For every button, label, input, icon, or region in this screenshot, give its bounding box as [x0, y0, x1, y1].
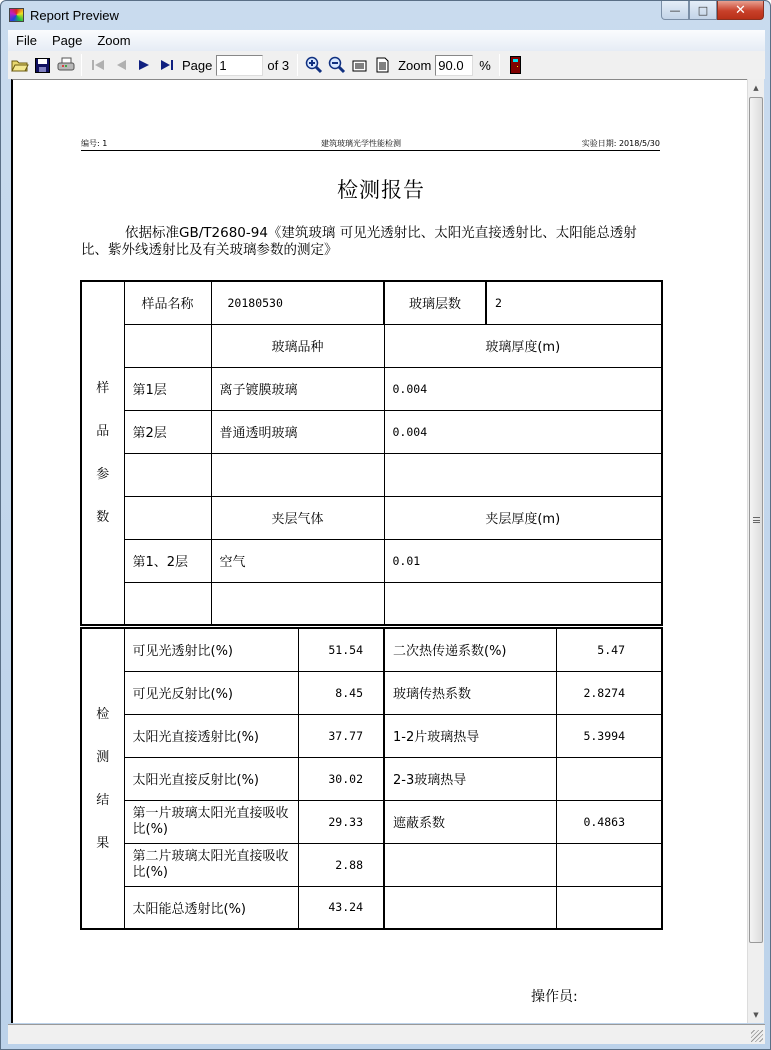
result-row: 第一片玻璃太阳光直接吸收比(%) 29.33 遮蔽系数 0.4863 [81, 800, 662, 843]
section-char: 数 [82, 496, 124, 539]
menu-bar: File Page Zoom [8, 30, 765, 51]
result-value [556, 843, 662, 886]
sample-name-value: 20180530 [211, 281, 384, 324]
layer-thickness: 0.004 [384, 410, 662, 453]
gap-name: 第1、2层 [124, 539, 211, 582]
result-value: 2.8274 [556, 671, 662, 714]
result-section-label: 检 测 结 果 [81, 628, 124, 929]
result-value: 29.33 [298, 800, 384, 843]
exit-button[interactable] [504, 54, 527, 76]
result-label: 太阳光直接透射比(%) [124, 714, 298, 757]
page-width-icon [352, 58, 368, 72]
glass-thickness-header: 玻璃厚度(m) [384, 324, 662, 367]
result-label: 1-2片玻璃热导 [384, 714, 556, 757]
layer-thickness: 0.004 [384, 367, 662, 410]
result-value: 51.54 [298, 628, 384, 671]
layer-count-label: 玻璃层数 [384, 281, 486, 324]
report-number: 编号: 1 [81, 138, 107, 149]
result-value [556, 886, 662, 929]
report-preview-window: Report Preview — □ ✕ File Page Zoom [0, 0, 771, 1050]
toolbar-separator [297, 54, 298, 76]
test-results-table: 检 测 结 果 可见光透射比(%) 51.54 二次热传递系数(%) 5.47 … [80, 627, 663, 930]
gas-header: 夹层气体 [211, 496, 384, 539]
close-icon: ✕ [735, 3, 746, 18]
operator-label: 操作员: [531, 986, 578, 1006]
save-button[interactable] [31, 54, 54, 76]
arrow-up-icon: ▲ [753, 84, 758, 92]
glass-type-header: 玻璃品种 [211, 324, 384, 367]
result-value: 43.24 [298, 886, 384, 929]
print-icon [57, 57, 75, 73]
report-page: 编号: 1 建筑玻璃光学性能检测 实验日期: 2018/5/30 检测报告 依据… [13, 80, 749, 1024]
menu-file[interactable]: File [8, 33, 44, 48]
zoom-label: Zoom [394, 58, 435, 73]
save-icon [35, 58, 50, 73]
scroll-up-button[interactable]: ▲ [748, 79, 764, 96]
grip-icon [753, 517, 760, 523]
zoom-unit: % [473, 58, 495, 73]
result-label: 太阳能总透射比(%) [124, 886, 298, 929]
layer-name: 第2层 [124, 410, 211, 453]
vertical-scrollbar[interactable]: ▲ ▼ [747, 79, 764, 1023]
gap-thickness-header: 夹层厚度(m) [384, 496, 662, 539]
sample-section-label: 样 品 参 数 [81, 281, 124, 625]
layer-name [124, 453, 211, 496]
result-row: 太阳光直接反射比(%) 30.02 2-3玻璃热导 [81, 757, 662, 800]
result-row: 太阳能总透射比(%) 43.24 [81, 886, 662, 929]
exit-door-icon [510, 56, 521, 74]
layer-glass-type [211, 453, 384, 496]
status-bar [8, 1024, 765, 1044]
menu-zoom[interactable]: Zoom [89, 33, 137, 48]
sample-parameters-table: 样 品 参 数 样品名称 20180530 玻璃层数 2 玻璃品种 玻璃厚度(m… [80, 280, 663, 626]
layer-row: 第1层 离子镀膜玻璃 0.004 [81, 367, 662, 410]
first-page-button[interactable] [86, 54, 109, 76]
result-row: 可见光反射比(%) 8.45 玻璃传热系数 2.8274 [81, 671, 662, 714]
toolbar-separator [81, 54, 82, 76]
gap-gas: 空气 [211, 539, 384, 582]
toolbar: Page of 3 Zoom % [8, 51, 765, 79]
gap-row: 第1、2层 空气 0.01 [81, 539, 662, 582]
section-char: 样 [82, 367, 124, 410]
result-label [384, 843, 556, 886]
section-char: 结 [82, 779, 124, 822]
page-number-input[interactable] [216, 55, 263, 76]
layer-thickness [384, 453, 662, 496]
page-width-button[interactable] [348, 54, 371, 76]
next-page-icon [138, 59, 150, 71]
zoom-input[interactable] [435, 55, 473, 76]
section-char: 品 [82, 410, 124, 453]
gap-thickness [384, 582, 662, 625]
close-button[interactable]: ✕ [717, 1, 764, 20]
resize-grip-icon[interactable] [751, 1030, 763, 1042]
result-label: 遮蔽系数 [384, 800, 556, 843]
result-label: 可见光反射比(%) [124, 671, 298, 714]
next-page-button[interactable] [132, 54, 155, 76]
scroll-down-button[interactable]: ▼ [748, 1006, 764, 1023]
result-row: 太阳光直接透射比(%) 37.77 1-2片玻璃热导 5.3994 [81, 714, 662, 757]
empty-cell [124, 324, 211, 367]
arrow-down-icon: ▼ [753, 1011, 758, 1019]
standard-description: 依据标准GB/T2680-94《建筑玻璃 可见光透射比、太阳光直接透射比、太阳能… [81, 225, 661, 259]
result-row: 第二片玻璃太阳光直接吸收比(%) 2.88 [81, 843, 662, 886]
window-title: Report Preview [30, 8, 119, 23]
result-value: 0.4863 [556, 800, 662, 843]
layer-count-value: 2 [486, 281, 662, 324]
report-subject: 建筑玻璃光学性能检测 [321, 138, 401, 149]
result-label: 可见光透射比(%) [124, 628, 298, 671]
scroll-thumb[interactable] [749, 97, 763, 943]
result-label: 第二片玻璃太阳光直接吸收比(%) [124, 843, 298, 886]
whole-page-icon [376, 57, 389, 73]
result-value: 5.47 [556, 628, 662, 671]
page-label: Page [178, 58, 216, 73]
zoom-out-icon [328, 56, 346, 74]
report-viewport[interactable]: 编号: 1 建筑玻璃光学性能检测 实验日期: 2018/5/30 检测报告 依据… [11, 79, 747, 1023]
section-char: 检 [82, 693, 124, 736]
last-page-button[interactable] [155, 54, 178, 76]
app-icon [9, 8, 24, 22]
result-value: 8.45 [298, 671, 384, 714]
gap-thickness: 0.01 [384, 539, 662, 582]
layer-name: 第1层 [124, 367, 211, 410]
gap-row [81, 582, 662, 625]
last-page-icon [160, 59, 174, 71]
layer-row [81, 453, 662, 496]
maximize-icon: □ [698, 4, 708, 17]
layer-row: 第2层 普通透明玻璃 0.004 [81, 410, 662, 453]
whole-page-button[interactable] [371, 54, 394, 76]
minimize-icon: — [670, 4, 681, 17]
section-char: 测 [82, 736, 124, 779]
gap-name [124, 582, 211, 625]
result-value [556, 757, 662, 800]
section-char: 参 [82, 453, 124, 496]
open-button[interactable] [8, 54, 31, 76]
result-label [384, 886, 556, 929]
print-button[interactable] [54, 54, 77, 76]
zoom-in-button[interactable] [302, 54, 325, 76]
prev-page-icon [115, 59, 127, 71]
gap-gas [211, 582, 384, 625]
page-header: 编号: 1 建筑玻璃光学性能检测 实验日期: 2018/5/30 [81, 137, 660, 151]
section-char: 果 [82, 822, 124, 865]
layer-glass-type: 普通透明玻璃 [211, 410, 384, 453]
result-row: 检 测 结 果 可见光透射比(%) 51.54 二次热传递系数(%) 5.47 [81, 628, 662, 671]
title-bar[interactable]: Report Preview — □ ✕ [1, 1, 770, 30]
report-title: 检测报告 [13, 174, 749, 204]
sample-name-label: 样品名称 [124, 281, 211, 324]
open-folder-icon [11, 57, 29, 73]
layer-glass-type: 离子镀膜玻璃 [211, 367, 384, 410]
minimize-button[interactable]: — [661, 1, 689, 20]
page-count: of 3 [263, 58, 293, 73]
result-label: 玻璃传热系数 [384, 671, 556, 714]
maximize-button[interactable]: □ [689, 1, 717, 20]
test-date: 实验日期: 2018/5/30 [582, 138, 660, 149]
prev-page-button[interactable] [109, 54, 132, 76]
result-label: 太阳光直接反射比(%) [124, 757, 298, 800]
first-page-icon [91, 59, 105, 71]
result-value: 5.3994 [556, 714, 662, 757]
toolbar-separator [499, 54, 500, 76]
menu-page[interactable]: Page [44, 33, 89, 48]
result-value: 30.02 [298, 757, 384, 800]
result-value: 2.88 [298, 843, 384, 886]
zoom-in-icon [305, 56, 323, 74]
result-label: 第一片玻璃太阳光直接吸收比(%) [124, 800, 298, 843]
result-value: 37.77 [298, 714, 384, 757]
result-label: 二次热传递系数(%) [384, 628, 556, 671]
result-label: 2-3玻璃热导 [384, 757, 556, 800]
empty-cell [124, 496, 211, 539]
zoom-out-button[interactable] [325, 54, 348, 76]
